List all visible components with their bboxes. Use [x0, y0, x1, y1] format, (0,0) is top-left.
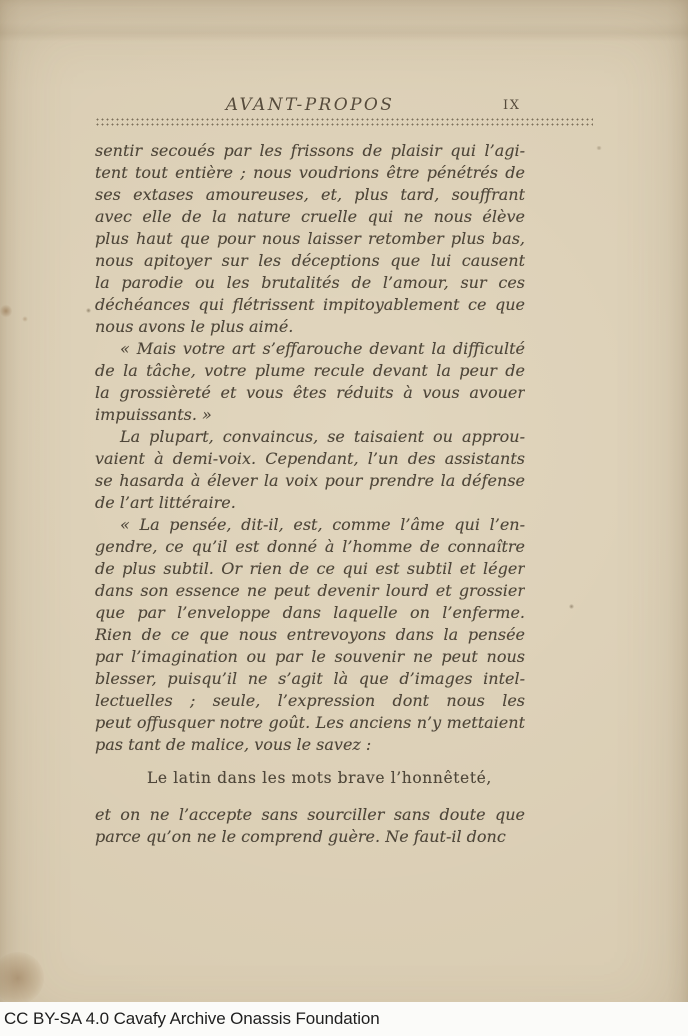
- text-line: blesser, puisqu’il ne s’agit là que d’im…: [95, 668, 525, 690]
- paper-stain: [22, 316, 28, 322]
- text-line: Rien de ce que nous entrevoyons dans la …: [95, 624, 525, 646]
- verse-line: Le latin dans les mots brave l’honnêteté…: [95, 767, 525, 789]
- paper-stain: [596, 146, 602, 150]
- text-line: avec elle de la nature cruelle qui ne no…: [95, 206, 525, 228]
- text-line: vaient à demi-voix. Cependant, l’un des …: [95, 448, 525, 470]
- text-line: lectuelles ; seule, l’expression dont no…: [95, 690, 525, 712]
- text-line: sentir secoués par les frissons de plais…: [95, 140, 525, 162]
- text-line: de l’art littéraire.: [95, 492, 525, 514]
- text-line: la grossièreté et vous êtes réduits à vo…: [95, 382, 525, 404]
- text-line: que par l’enveloppe dans laquelle on l’e…: [95, 602, 525, 624]
- page-number: IX: [503, 98, 521, 113]
- scanned-page: AVANT-PROPOS IX sentir secoués par les f…: [0, 0, 688, 1036]
- text-line: de la tâche, votre plume recule devant l…: [95, 360, 525, 382]
- page-header-title: AVANT-PROPOS: [95, 95, 525, 115]
- text-line: se hasarda à élever la voix pour prendre…: [95, 470, 525, 492]
- license-text: CC BY-SA 4.0 Cavafy Archive Onassis Foun…: [4, 1009, 380, 1029]
- text-line: nous avons le plus aimé.: [95, 316, 525, 338]
- text-line: et on ne l’accepte sans sourciller sans …: [95, 804, 525, 826]
- text-line: impuissants. »: [95, 404, 525, 426]
- text-line: déchéances qui flétrissent impitoyableme…: [95, 294, 525, 316]
- paper-stain: [0, 952, 44, 1004]
- paper-stain: [0, 304, 12, 318]
- text-line: par l’imagination ou par le souvenir ne …: [95, 646, 525, 668]
- text-line: ses extases amoureuses, et, plus tard, s…: [95, 184, 525, 206]
- text-line: tent tout entière ; nous voudrions être …: [95, 162, 525, 184]
- text-line: « Mais votre art s’effarouche devant la …: [95, 338, 525, 360]
- text-line: nous apitoyer sur les déceptions que lui…: [95, 250, 525, 272]
- body-text: sentir secoués par les frissons de plais…: [95, 140, 525, 848]
- header-dotted-rule: [95, 117, 593, 126]
- license-footer: CC BY-SA 4.0 Cavafy Archive Onassis Foun…: [0, 1002, 688, 1036]
- text-line: La plupart, convaincus, se taisaient ou …: [95, 426, 525, 448]
- text-line: parce qu’on ne le comprend guère. Ne fau…: [95, 826, 525, 848]
- text-line: peut offusquer notre goût. Les anciens n…: [95, 712, 525, 734]
- paper-crease: [0, 22, 688, 42]
- text-line: de plus subtil. Or rien de ce qui est su…: [95, 558, 525, 580]
- text-line: la parodie ou les brutalités de l’amour,…: [95, 272, 525, 294]
- text-line: gendre, ce qu’il est donné à l’homme de …: [95, 536, 525, 558]
- text-line: plus haut que pour nous laisser retomber…: [95, 228, 525, 250]
- text-line: dans son essence ne peut devenir lourd e…: [95, 580, 525, 602]
- paper-stain: [569, 604, 574, 609]
- text-line: pas tant de malice, vous le savez :: [95, 734, 525, 756]
- paper-stain: [86, 308, 91, 313]
- text-line: « La pensée, dit-il, est, comme l’âme qu…: [95, 514, 525, 536]
